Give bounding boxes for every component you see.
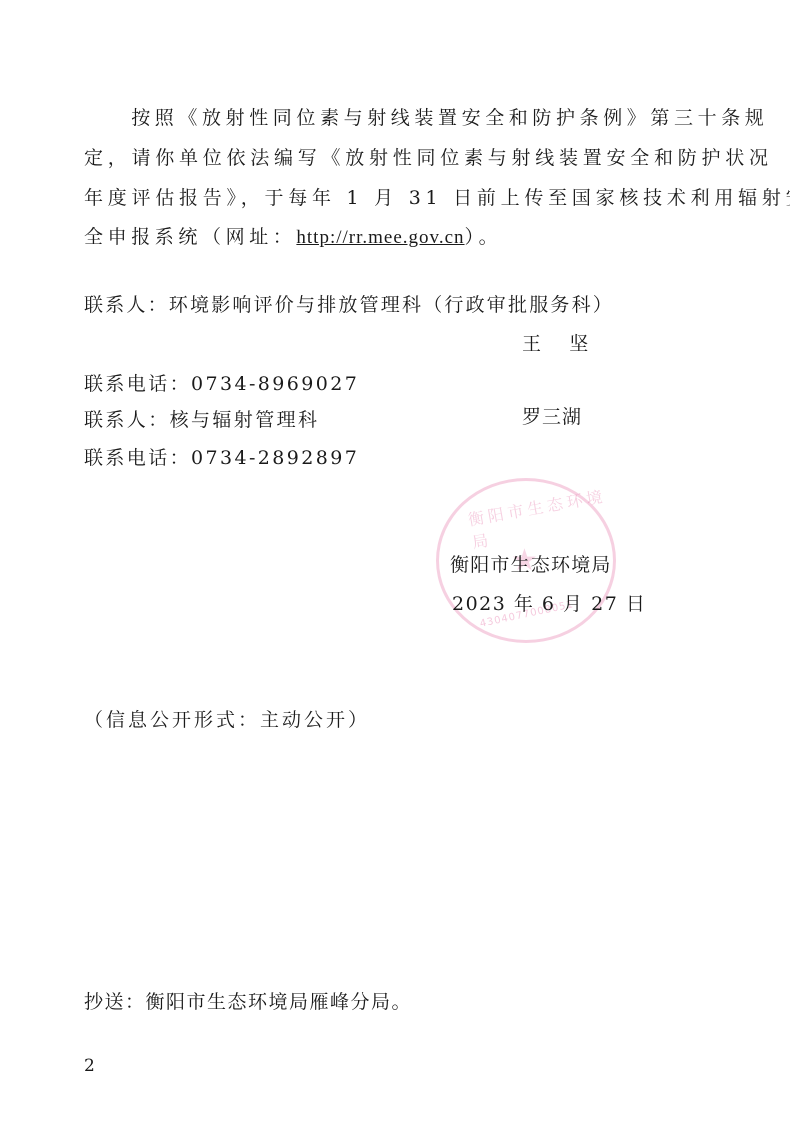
url-link[interactable]: http://rr.mee.gov.cn <box>296 227 464 248</box>
disclosure-note: （信息公开形式：主动公开） <box>84 711 370 730</box>
paragraph-line-4-text: 全申报系统（网址： <box>84 226 296 248</box>
contact-1-name: 王 坚 <box>522 335 593 354</box>
paragraph-line-2: 定，请你单位依法编写《放射性同位素与射线装置安全和防护状况 <box>84 149 773 168</box>
signature-date: 2023 年 6 月 27 日 <box>452 595 646 614</box>
document-page: 按照《放射性同位素与射线装置安全和防护条例》第三十条规 定，请你单位依法编写《放… <box>0 0 790 1121</box>
paragraph-line-4-suffix: ）。 <box>465 226 503 248</box>
page-number: 2 <box>84 1056 95 1076</box>
paragraph-line-3: 年度评估报告》，于每年 1 月 31 日前上传至国家核技术利用辐射安 <box>84 189 790 208</box>
contact-2-name: 罗三湖 <box>522 408 582 427</box>
contact-1-label: 联系人：环境影响评价与排放管理科（行政审批服务科） <box>84 296 614 315</box>
contact-2-phone: 联系电话：0734-2892897 <box>84 449 359 468</box>
contact-1-phone: 联系电话：0734-8969027 <box>84 375 359 394</box>
signature-org: 衡阳市生态环境局 <box>450 556 612 575</box>
paragraph-line-1: 按照《放射性同位素与射线装置安全和防护条例》第三十条规 <box>84 109 768 128</box>
cc-line: 抄送：衡阳市生态环境局雁峰分局。 <box>84 993 412 1012</box>
contact-2-label: 联系人：核与辐射管理科 <box>84 411 319 430</box>
paragraph-line-4: 全申报系统（网址：http://rr.mee.gov.cn）。 <box>84 228 502 247</box>
seal-text: 衡阳市生态环境局 <box>466 483 616 553</box>
